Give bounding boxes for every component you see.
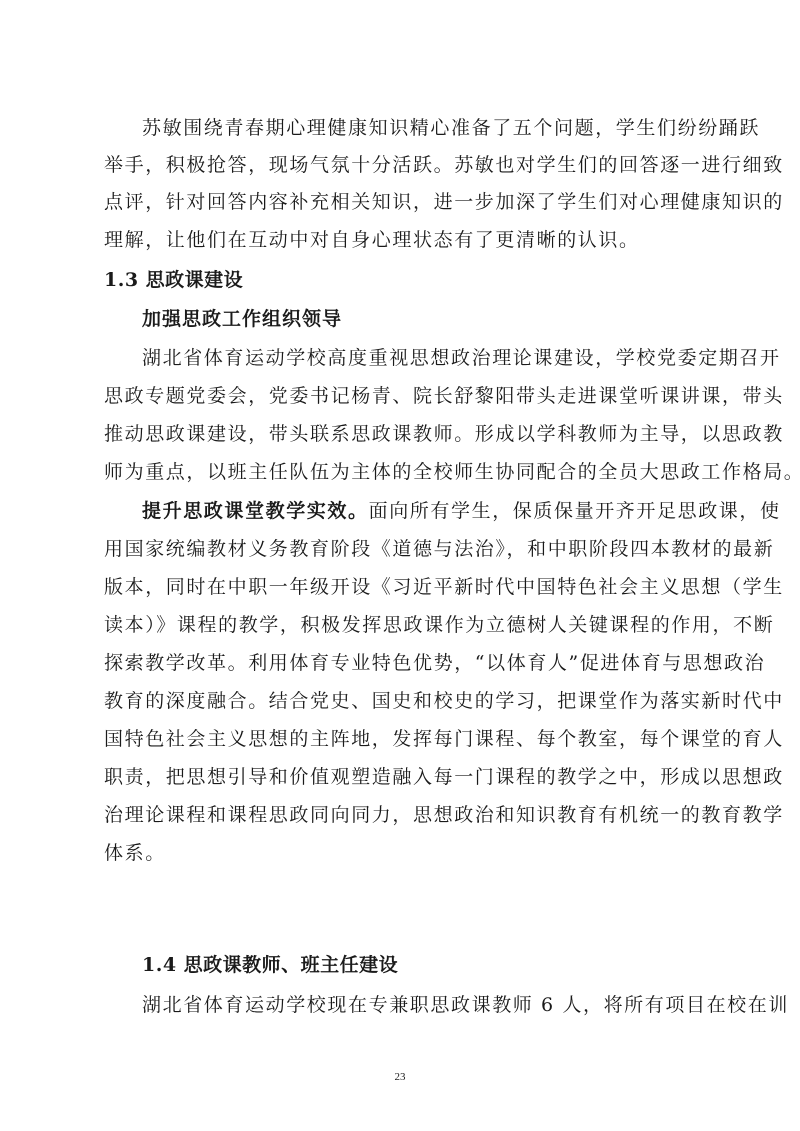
paragraph-line: 读本）》课程的教学，积极发挥思政课作为立德树人关键课程的作用，不断 bbox=[104, 613, 730, 637]
paragraph-lead-bold: 提升思政课堂教学实效。 bbox=[142, 500, 369, 522]
paragraph-line: 师为重点，以班主任队伍为主体的全校师生协同配合的全员大思政工作格局。 bbox=[104, 460, 730, 484]
paragraph-line: 推动思政课建设，带头联系思政课教师。形成以学科教师为主导，以思政教 bbox=[104, 422, 730, 446]
paragraph-line: 湖北省体育运动学校高度重视思想政治理论课建设，学校党委定期召开 bbox=[142, 346, 730, 370]
subheading: 加强思政工作组织领导 bbox=[142, 307, 730, 331]
document-page: 苏敏围绕青春期心理健康知识精心准备了五个问题，学生们纷纷踊跃 举手，积极抢答，现… bbox=[0, 0, 800, 1131]
paragraph-line: 提升思政课堂教学实效。面向所有学生，保质保量开齐开足思政课，使 bbox=[142, 499, 730, 523]
paragraph-line: 用国家统编教材义务教育阶段《道德与法治》，和中职阶段四本教材的最新 bbox=[104, 537, 730, 561]
paragraph-line: 教育的深度融合。结合党史、国史和校史的学习，把课堂作为落实新时代中 bbox=[104, 689, 730, 713]
page-number: 23 bbox=[0, 1071, 800, 1083]
paragraph-line: 举手，积极抢答，现场气氛十分活跃。苏敏也对学生们的回答逐一进行细致 bbox=[104, 153, 730, 177]
paragraph-text: 面向所有学生，保质保量开齐开足思政课，使 bbox=[369, 500, 781, 522]
paragraph-line: 探索教学改革。利用体育专业特色优势，“以体育人”促进体育与思想政治 bbox=[104, 651, 730, 675]
paragraph-line: 治理论课程和课程思政同向同力，思想政治和知识教育有机统一的教育教学 bbox=[104, 803, 730, 827]
paragraph-line: 职责，把思想引导和价值观塑造融入每一门课程的教学之中，形成以思想政 bbox=[104, 765, 730, 789]
paragraph-line: 理解，让他们在互动中对自身心理状态有了更清晰的认识。 bbox=[104, 228, 730, 252]
paragraph-line: 点评，针对回答内容补充相关知识，进一步加深了学生们对心理健康知识的 bbox=[104, 190, 730, 214]
paragraph-line: 湖北省体育运动学校现在专兼职思政课教师 6 人，将所有项目在校在训 bbox=[142, 993, 730, 1017]
paragraph-line: 国特色社会主义思想的主阵地，发挥每门课程、每个教室，每个课堂的育人 bbox=[104, 727, 730, 751]
section-heading-1-3: 1.3 思政课建设 bbox=[104, 268, 730, 292]
paragraph-line: 版本，同时在中职一年级开设《习近平新时代中国特色社会主义思想（学生 bbox=[104, 575, 730, 599]
paragraph-line: 体系。 bbox=[104, 841, 730, 865]
paragraph-line: 苏敏围绕青春期心理健康知识精心准备了五个问题，学生们纷纷踊跃 bbox=[142, 116, 730, 140]
paragraph-line: 思政专题党委会，党委书记杨青、院长舒黎阳带头走进课堂听课讲课，带头 bbox=[104, 384, 730, 408]
section-heading-1-4: 1.4 思政课教师、班主任建设 bbox=[142, 953, 730, 977]
